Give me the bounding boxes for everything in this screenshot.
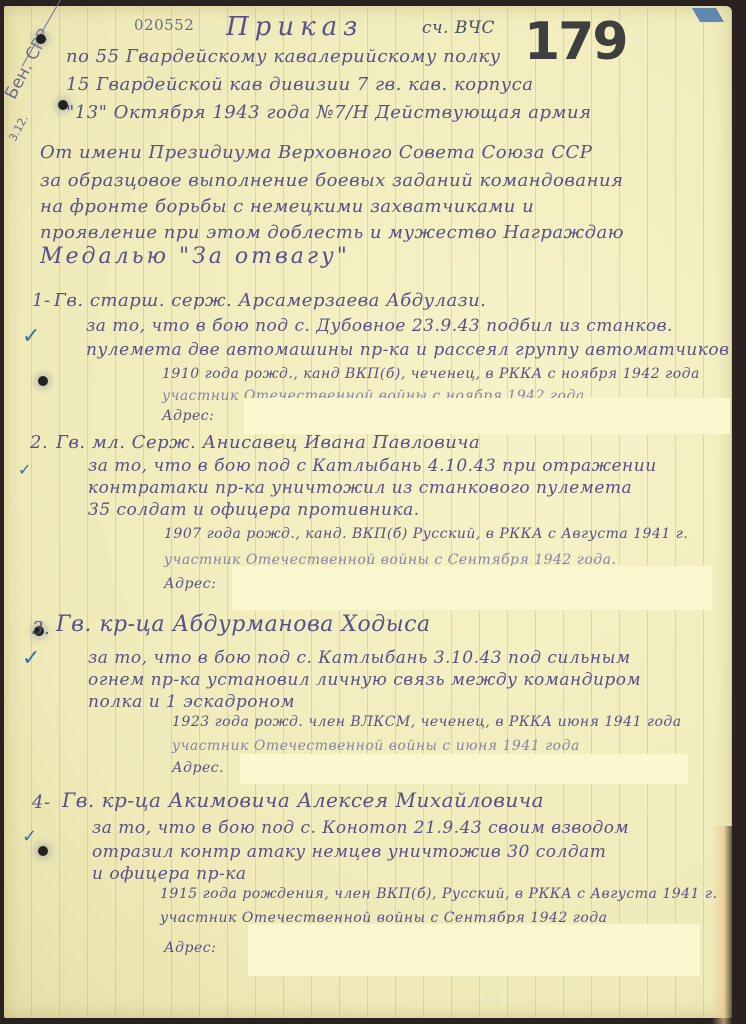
- document-page: Бен. СРР 3.12. 020552 Приказ сч. ВЧС 179…: [4, 6, 732, 1018]
- checkmark-icon: ✓: [22, 646, 40, 671]
- checkmark-icon: ✓: [22, 826, 37, 847]
- citation-line: за то, что в бою под с Катлыбань 4.10.43…: [88, 456, 657, 476]
- preamble-line-3: на фронте борьбы с немецкими захватчикам…: [40, 196, 534, 217]
- redacted-address: [244, 398, 730, 434]
- faint-stamp: ∴ ∵: [364, 896, 380, 907]
- citation-line: и офицера пр-ка: [92, 864, 247, 884]
- citation-line: полка и 1 эскадроном: [88, 692, 295, 712]
- address-label: Адрес:: [164, 940, 216, 956]
- address-label: Адрес.: [172, 760, 224, 776]
- preamble-line-1: От имени Президиума Верховного Совета Со…: [40, 142, 592, 163]
- entry-number: 3.: [32, 618, 50, 639]
- faint-stamp: ∵ ∴: [484, 996, 500, 1007]
- torn-edge: [712, 826, 732, 1024]
- address-label: Адрес:: [164, 576, 216, 592]
- citation-line: огнем пр-ка установил личную связь между…: [88, 670, 641, 690]
- entry-heading: Гв. мл. Серж. Анисавец Ивана Павловича: [56, 432, 480, 453]
- redacted-address: [240, 754, 688, 784]
- entry-heading: Гв. кр-ца Акимовича Алексея Михайловича: [62, 788, 544, 812]
- header-line-1: по 55 Гвардейскому кавалерийскому полку: [66, 46, 501, 67]
- entry-heading: Гв. старш. серж. Арсамерзаева Абдулази.: [54, 290, 486, 311]
- entry-number: 2.: [30, 432, 48, 453]
- bio-line: 1907 года рожд., канд. ВКП(б) Русский, в…: [164, 526, 688, 542]
- margin-note: Бен. СРР: [1, 26, 55, 103]
- checkmark-icon: ✓: [22, 324, 40, 349]
- order-number-large: 179: [524, 12, 627, 72]
- entry-heading: Гв. кр-ца Абдурманова Ходыса: [56, 612, 431, 637]
- entry-number: 1-: [32, 290, 51, 311]
- punch-hole: [38, 376, 48, 386]
- punch-hole: [38, 846, 48, 856]
- corner-mark: [692, 8, 724, 22]
- punch-hole: [36, 34, 46, 44]
- margin-date: 3.12.: [6, 113, 31, 144]
- header-line-2: 15 Гвардейской кав дивизии 7 гв. кав. ко…: [66, 74, 533, 95]
- bio-line: 1923 года рожд. член ВЛКСМ, чеченец, в Р…: [172, 714, 682, 730]
- medal-name: Медалью "За отвагу": [40, 244, 350, 269]
- archive-number: 020552: [134, 16, 194, 34]
- preamble-line-4: проявление при этом доблесть и мужество …: [40, 222, 624, 243]
- title-note: сч. ВЧС: [422, 18, 495, 38]
- preamble-line-2: за образцовое выполнение боевых заданий …: [40, 170, 623, 191]
- redacted-address: [232, 566, 712, 610]
- citation-line: пулемета две автомашины пр-ка и рассеял …: [86, 340, 730, 360]
- entry-number: 4-: [32, 792, 51, 813]
- citation-line: контратаки пр-ка уничтожил из станкового…: [88, 478, 632, 498]
- checkmark-icon: ✓: [18, 460, 31, 479]
- bio-line: 1915 года рождения, член ВКП(б), Русский…: [160, 886, 717, 902]
- bio-line: участник Отечественной войны с июня 1941…: [172, 738, 580, 754]
- document-title: Приказ: [226, 12, 363, 42]
- header-line-3: "13" Октября 1943 года №7/Н Действующая …: [66, 102, 592, 123]
- citation-line: за то, что в бою под с. Дубовное 23.9.43…: [86, 316, 673, 336]
- citation-line: за то, что в бою под с. Катлыбань 3.10.4…: [88, 648, 631, 668]
- citation-line: отразил контр атаку немцев уничтожив 30 …: [92, 842, 606, 862]
- citation-line: 35 солдат и офицера противника.: [88, 500, 420, 520]
- bio-line: 1910 года рожд., канд ВКП(б), чеченец, в…: [162, 366, 700, 382]
- citation-line: за то, что в бою под с. Конотоп 21.9.43 …: [92, 818, 629, 838]
- address-label: Адрес:: [162, 408, 214, 424]
- redacted-address: [248, 924, 700, 976]
